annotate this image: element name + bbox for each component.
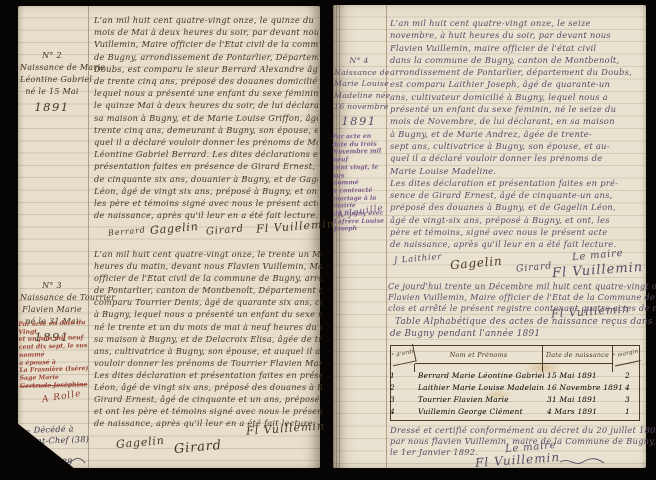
margin-note-line: N° 3	[20, 280, 84, 292]
margin-note-line: Marie Louise	[334, 78, 384, 90]
act-text-line: père et témoins, signé avec nous le prés…	[390, 226, 642, 238]
index-table-rows: 1 Berrard Marie Léontine Gabriel 15 Mai …	[390, 371, 640, 419]
act-text-line: comparu Tourrier Denis, âgé de quarante …	[94, 296, 322, 308]
witness-signature: Gagelin	[449, 254, 503, 273]
act2-body-text: L'an mil huit cent quatre-vingt onze, le…	[94, 14, 318, 221]
father-signature: J Laithier	[394, 252, 443, 266]
act-text-line: de cinquante six ans, douanier à Bugny, …	[94, 173, 318, 185]
marginal-number-cell: 1	[615, 407, 640, 419]
closing-line: Ce jourd'hui trente un Décembre mil huit…	[388, 281, 644, 292]
act-text-line: les père et témoins signé avec nous le p…	[94, 197, 318, 209]
act-text-line: et ont les père et témoins signé avec no…	[94, 405, 322, 417]
birthdate-cell: 15 Mai 1891	[544, 371, 615, 383]
table-title: Table Alphabétique des actes de naissanc…	[395, 317, 656, 327]
witness-signature: Girard	[516, 260, 553, 274]
act-text-line: à Bugny, lequel nous a présenté un enfan…	[94, 308, 322, 320]
act-text-line: dans la commune de Bugny, canton de Mont…	[390, 54, 642, 66]
act-text-line: de Pontarlier, canton de Montbenoît, Dép…	[94, 284, 322, 296]
table-row: 4 Vuillemin George Clément 4 Mars 1891 1	[390, 407, 640, 419]
act-text-line: Les dites déclaration et présentation fa…	[94, 369, 322, 381]
margin-note-line: né le 15 Mai	[20, 86, 84, 98]
order-number-cell: 1	[390, 371, 415, 383]
act-text-line: sa maison à Bugny, et de Marie Louise Gr…	[94, 112, 318, 124]
act-text-line: heures du matin, devant nous Flavien Vui…	[94, 260, 322, 272]
mayor-signature: Fl Vuillemin	[552, 260, 644, 281]
name-cell: Tourrier Flavien Marie	[415, 395, 544, 407]
stamp-text-line: cent vingt, le sus	[333, 163, 387, 179]
table-row: 2 Laithier Marie Louise Madelaine 16 Nov…	[390, 383, 640, 395]
stamp-text-line: Par acte en date du trois	[332, 133, 386, 149]
act-text-line: présenté un enfant du sexe féminin, né l…	[390, 103, 642, 115]
act-text-line: de trente cinq ans, préposé des douanes …	[94, 75, 318, 87]
act-text-line: L'an mil huit cent quatre-vingt onze, le…	[94, 14, 318, 26]
act2-signatures: Berrard Gagelin Girard Fl Vuillemin	[94, 220, 318, 246]
margin-note-line: 1891	[20, 101, 84, 113]
act-text-line: sence de Girard Ernest, âgé de cinquante…	[390, 189, 642, 201]
act4-signatures: J Laithier Gagelin Girard Le maire Fl Vu…	[390, 251, 642, 277]
table-title-continued: de Bugny pendant l'année 1891	[390, 329, 540, 339]
act-text-line: de Bugny, arrondissement de Pontarlier, …	[94, 51, 318, 63]
birthdate-cell: 16 Novembre 1891	[544, 383, 615, 395]
margin-note-line: Naissance de	[334, 67, 384, 79]
signature-flourish-icon	[559, 457, 605, 467]
act-text-line: Doubs, est comparu le sieur Berrard Alex…	[94, 63, 318, 75]
register-scan: N° 2Naissance de MarieLéontine Gabrielné…	[0, 0, 656, 480]
act-text-line: L'an mil huit cent quatre-vingt onze, le…	[390, 17, 642, 29]
act-text-line: Marie Louise Madeline.	[390, 165, 642, 177]
act4-margin-note: N° 4Naissance deMarie LouiseMadeline née…	[334, 55, 384, 127]
act-text-line: officier de l'Etat civil de la commune d…	[94, 272, 322, 284]
act-text-line: Flavien Vuillemin, maire officier de l'é…	[390, 42, 642, 54]
act2-margin-note: N° 2Naissance de MarieLéontine Gabrielné…	[20, 50, 84, 113]
witness-signature: Gagelin	[150, 220, 200, 237]
torn-corner	[17, 423, 75, 469]
act-text-line: préposé des douanes à Bugny, et de Gagel…	[390, 201, 642, 213]
act-text-line: quel il a déclaré vouloir donner les pré…	[94, 136, 318, 148]
margin-note-line: Naissance de Marie	[20, 62, 84, 74]
witness-signature: Girard	[173, 438, 222, 457]
marginal-number-cell: 2	[615, 371, 640, 383]
act4-body-text: L'an mil huit cent quatre-vingt onze, le…	[390, 17, 642, 251]
act-text-line: mois de Mai à deux heures du soir, par d…	[94, 26, 318, 38]
act-text-line: vouloir donner les prénoms de Tourrier F…	[94, 357, 322, 369]
act-text-line: sa maison à Bugny, et de Delacroix Elisa…	[94, 333, 322, 345]
act-text-line: Les dites déclaration et présentation fa…	[390, 177, 642, 189]
act-text-line: né le trente et un du mois de mai à neuf…	[94, 321, 322, 333]
act3-signatures: Gagelin Girard Fl Vuillemin	[94, 430, 322, 456]
witness-signature: Berrard	[108, 225, 146, 237]
margin-note-line: Madeline née	[334, 90, 384, 102]
act-text-line: L'an mil huit cent quatre-vingt onze, le…	[94, 248, 322, 260]
right-page: N° 4Naissance deMarie LouiseMadeline née…	[333, 5, 646, 468]
act-text-line: ans, cultivateur domicilié à Bugny, lequ…	[390, 91, 642, 103]
margin-note-line: N° 2	[20, 50, 84, 62]
order-number-cell: 2	[390, 383, 415, 395]
stamp-text-line: Joseph	[334, 225, 388, 234]
name-cell: Berrard Marie Léontine Gabriel	[415, 371, 544, 383]
act3-body-text: L'an mil huit cent quatre-vingt onze, le…	[94, 248, 322, 429]
name-cell: Laithier Marie Louise Madelaine	[415, 383, 544, 395]
act-text-line: quel il a déclaré vouloir donner les pré…	[390, 152, 642, 164]
act-text-line: mois de Novembre, de lui déclarant, en s…	[390, 115, 642, 127]
act-text-line: est comparu Laithier Joseph, âgé de quar…	[390, 78, 642, 90]
witness-signature: Gagelin	[116, 434, 166, 451]
order-number-cell: 3	[390, 395, 415, 407]
column-header: N° d'ordre	[389, 344, 416, 367]
closing-line: Flavien Vuillemin, Maire officier de l'E…	[388, 292, 644, 303]
act-text-line: ans, cultivatrice à Bugny, son épouse, e…	[94, 345, 322, 357]
act-text-line: novembre, à huit heures du soir, par dev…	[390, 29, 642, 41]
mayor-signature: Fl Vuillemin	[256, 217, 336, 235]
stamp-officer-signature: A Rolle	[41, 389, 82, 405]
column-header: Date de naissance	[543, 346, 613, 364]
witness-signature: Girard	[206, 223, 245, 237]
act-text-line: Girard Ernest, âgé de cinquante et un an…	[94, 393, 322, 405]
left-page: N° 2Naissance de MarieLéontine Gabrielné…	[18, 6, 320, 468]
act-text-line: Léon, âgé de vingt six ans, préposé à Bu…	[94, 185, 318, 197]
marginal-number-cell: 4	[615, 383, 640, 395]
margin-note-line: 16 novembre	[334, 101, 384, 113]
margin-note-line: N° 4	[334, 55, 384, 67]
table-row: 1 Berrard Marie Léontine Gabriel 15 Mai …	[390, 371, 640, 383]
column-header: Nom et Prénoms	[415, 346, 543, 364]
table-row: 3 Tourrier Flavien Marie 31 Mai 1891 3	[390, 395, 640, 407]
name-cell: Vuillemin George Clément	[415, 407, 544, 419]
act-text-line: Vuillemin, Maire officier de l'Etat civi…	[94, 38, 318, 50]
act-text-line: présentation faites en présence de Girar…	[94, 160, 318, 172]
marginal-number-cell: 3	[615, 395, 640, 407]
margin-note-line: Flavien Marie	[20, 304, 84, 316]
order-number-cell: 4	[390, 407, 415, 419]
act-text-line: trente cinq ans, demeurant à Bugny, son …	[94, 124, 318, 136]
act-text-line: âgé de vingt-six ans, préposé à Bugny, e…	[390, 214, 642, 226]
birthdate-cell: 31 Mai 1891	[544, 395, 615, 407]
act-text-line: Léontine Gabriel Berrard. Les dites décl…	[94, 148, 318, 160]
birthdate-cell: 4 Mars 1891	[544, 407, 615, 419]
act-text-line: lequel nous a présenté une enfant du sex…	[94, 87, 318, 99]
act-text-line: sept ans, cultivatrice à Bugny, son épou…	[390, 140, 642, 152]
margin-note-line: 1891	[334, 116, 384, 128]
certification-line: Dressé et certifié conformément au décre…	[390, 425, 642, 436]
stamp-text-line: Novembre mil neuf	[332, 148, 386, 164]
act-text-line: arrondissement de Pontarlier, départemen…	[390, 66, 642, 78]
act-text-line: le quinze Mai à deux heures du soir, de …	[94, 99, 318, 111]
marriage-mention-stamp: Par acte en date du Vingtet un juin mil …	[18, 319, 92, 390]
margin-note-line: Léontine Gabriel	[20, 74, 84, 86]
act-text-line: Léon, âgé de vingt six ans, préposé des …	[94, 381, 322, 393]
margin-note-line: Naissance de Tourrier	[20, 292, 84, 304]
act-text-line: à Bugny, et de Marie Andrez, âgée de tre…	[390, 128, 642, 140]
